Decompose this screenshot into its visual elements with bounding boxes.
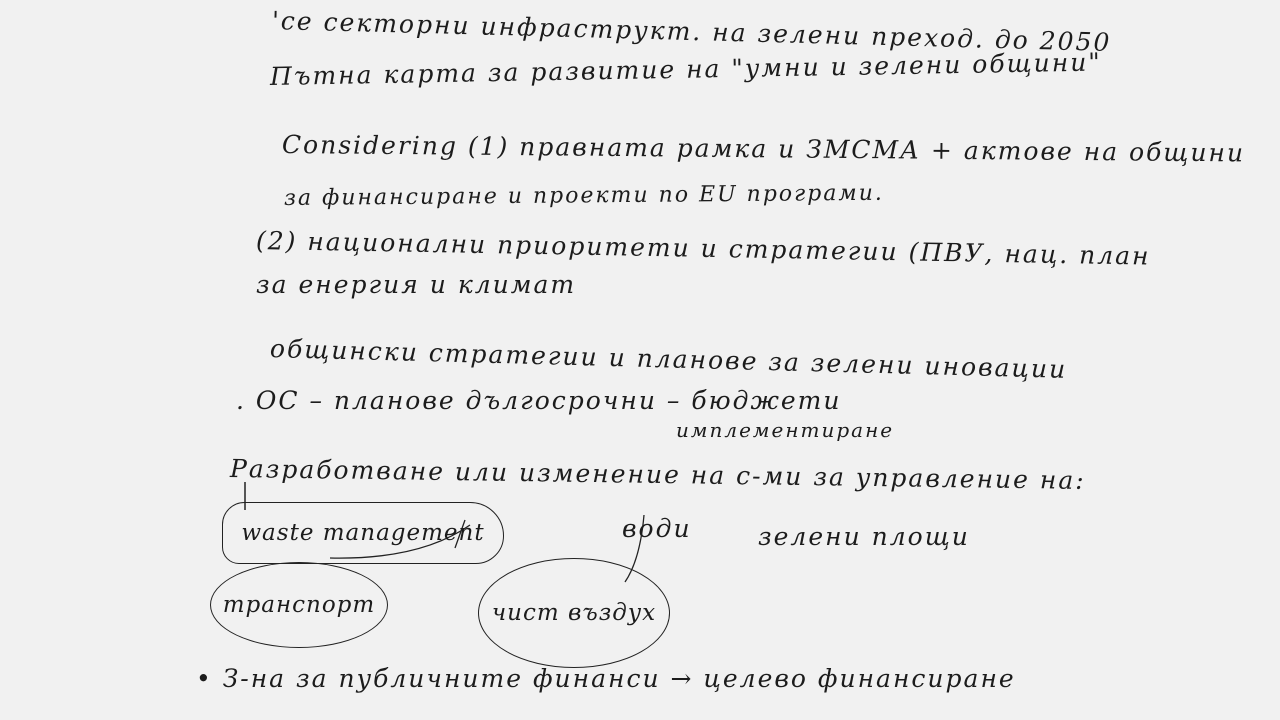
bubble-clean-air: чист въздух [478, 558, 670, 668]
note-line-11: • З-на за публичните финанси → целево фи… [196, 664, 1016, 693]
handwritten-note-page: 'се секторни инфраструкт. на зелени прех… [0, 0, 1280, 720]
bubble-label: waste management [241, 520, 484, 546]
bubble-transport: транспорт [210, 562, 388, 648]
note-word-green-areas: зелени площи [758, 522, 970, 551]
note-line-8: . ОС – планове дългосрочни – бюджети [236, 386, 841, 415]
bubble-waste-management: waste management [222, 502, 504, 564]
note-line-2: Пътна карта за развитие на "умни и зелен… [270, 47, 1102, 91]
note-line-10: Разработване или изменение на с-ми за уп… [230, 454, 1086, 495]
bubble-label: транспорт [223, 592, 375, 618]
bubble-label: чист въздух [492, 600, 656, 626]
note-line-4: за финансиране и проекти по EU програми. [284, 181, 884, 211]
note-line-5: (2) национални приоритети и стратегии (П… [256, 226, 1151, 271]
note-line-3: Considering (1) правната рамка и ЗМСМА +… [282, 130, 1245, 167]
note-line-7: общински стратегии и планове за зелени и… [270, 334, 1068, 384]
note-line-9: имплементиране [676, 418, 894, 442]
note-word-water: води [622, 514, 692, 543]
note-line-6: за енергия и климат [256, 270, 576, 299]
